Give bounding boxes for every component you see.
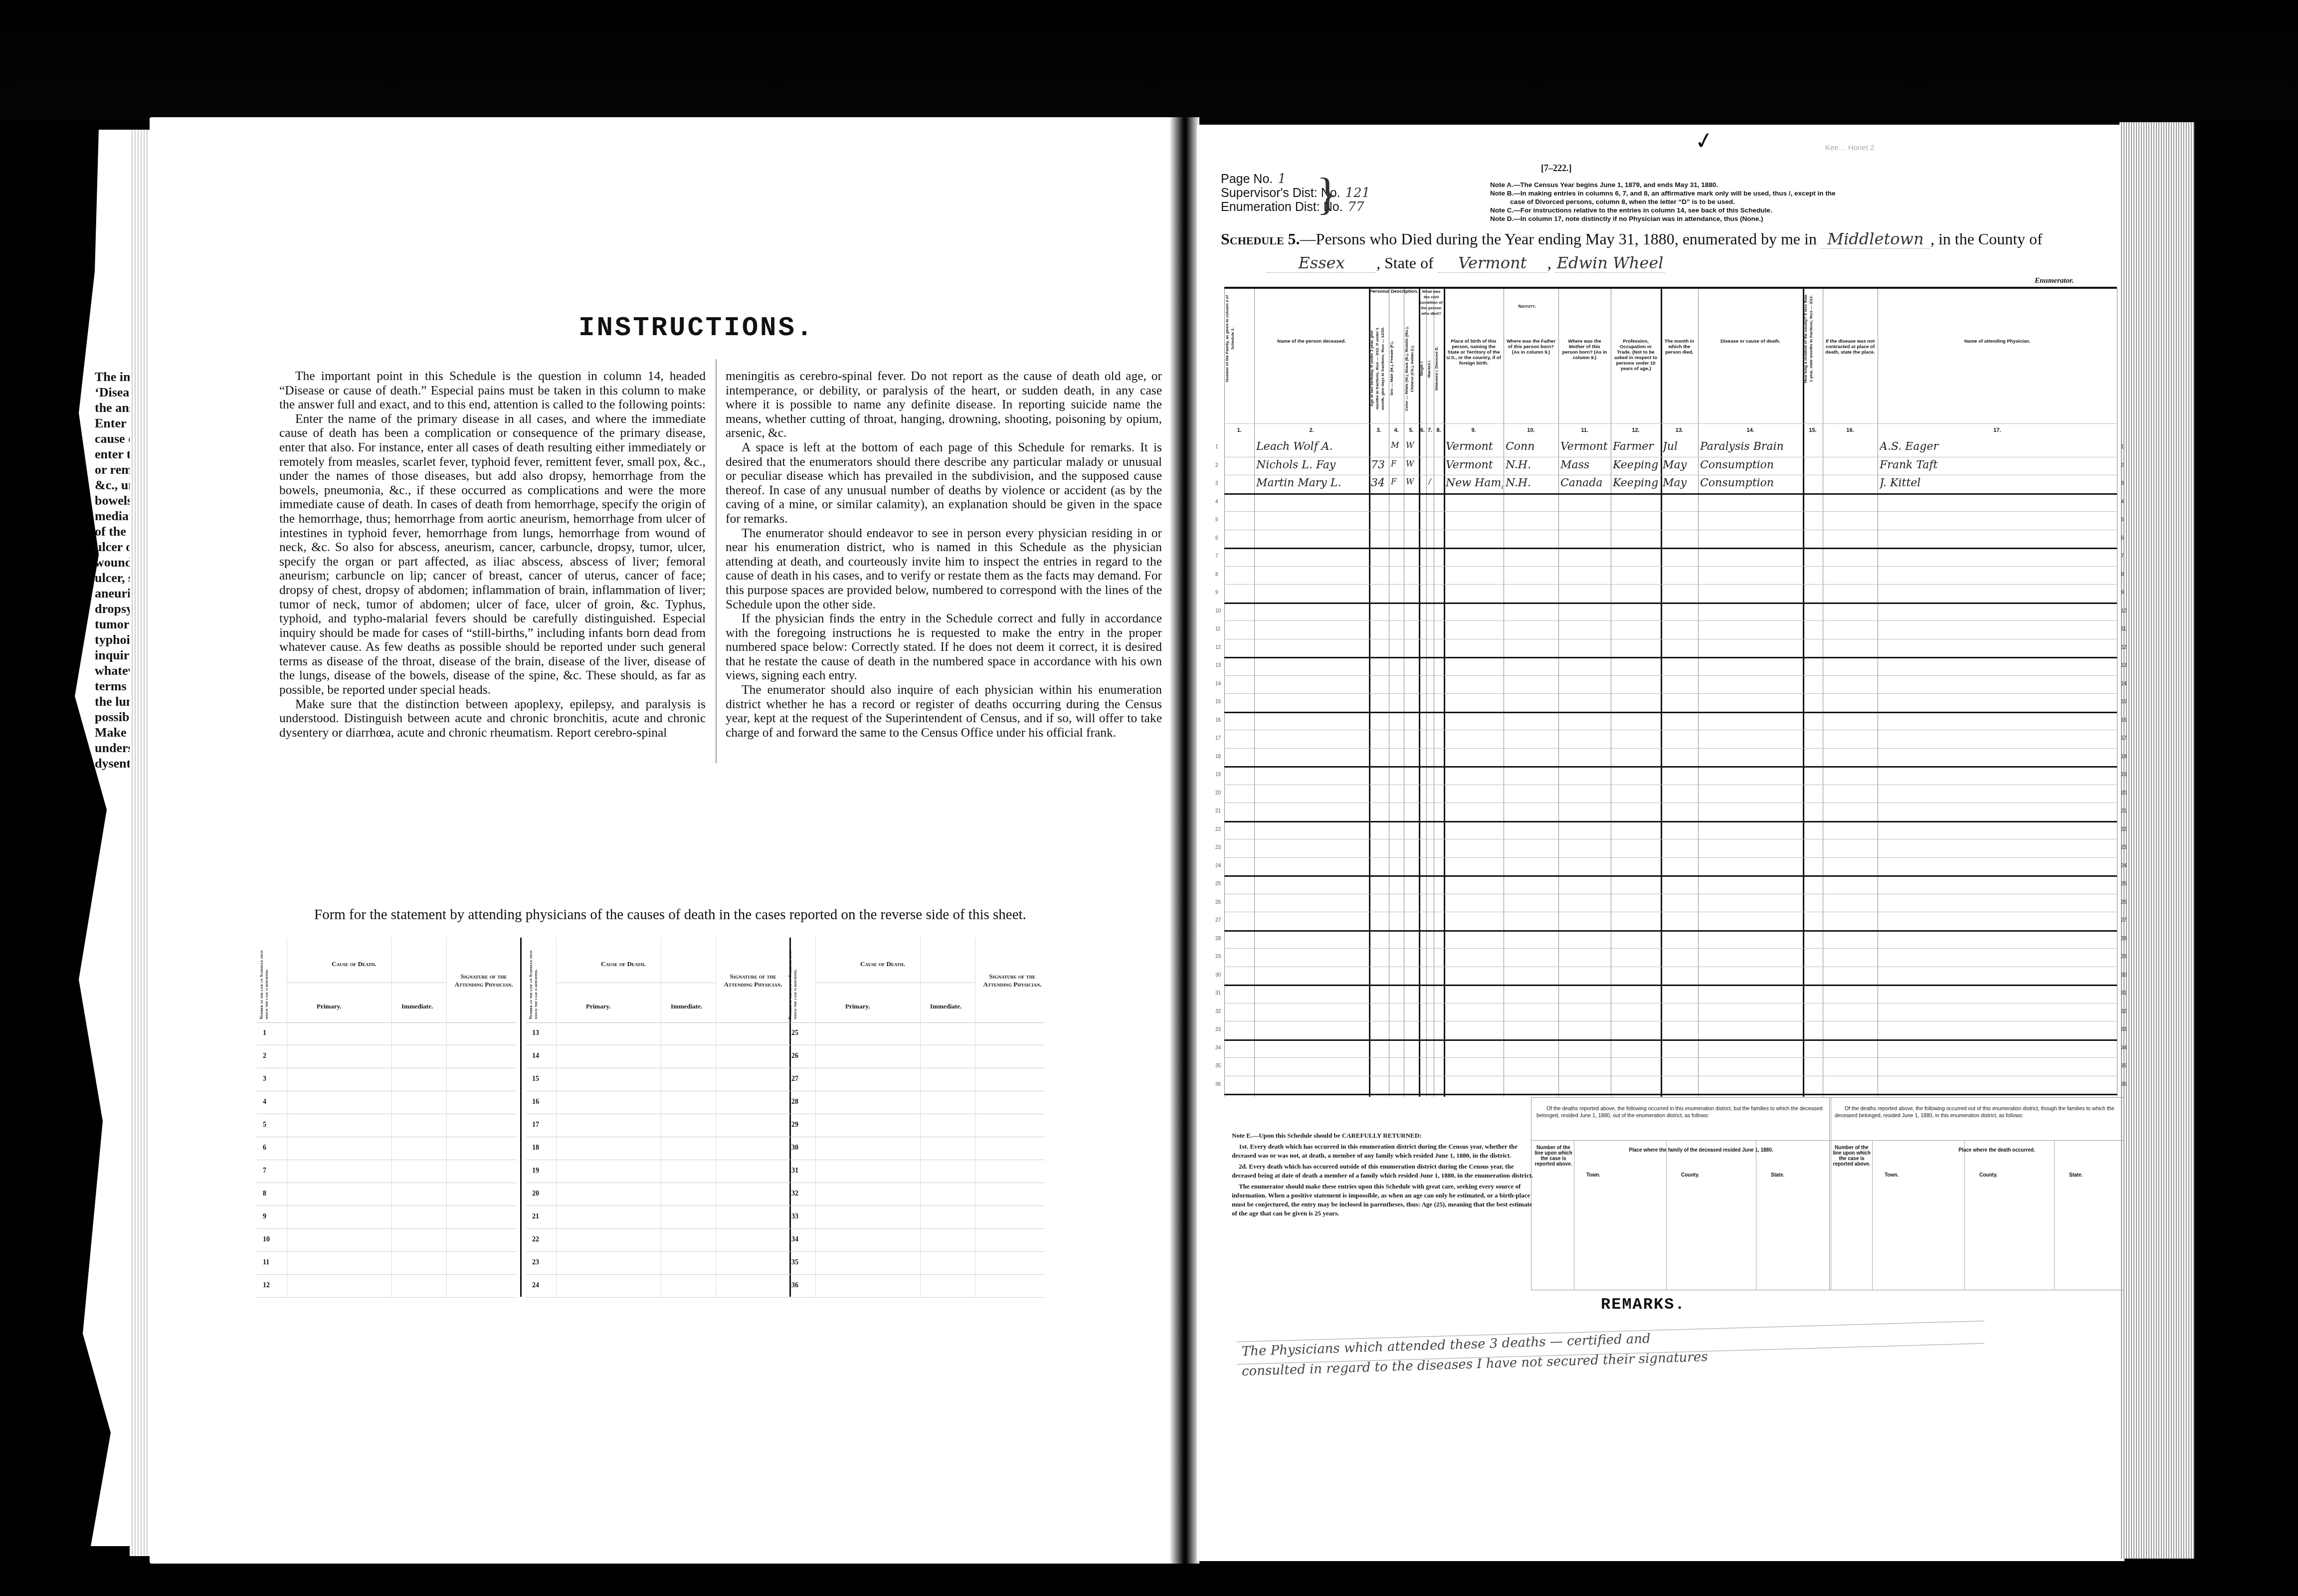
cell-name: Martin Mary L. — [1256, 477, 1368, 489]
cell-occupation: Farmer — [1613, 440, 1660, 453]
row-number-left: 17 — [1215, 736, 1221, 741]
form-row-rule — [257, 1274, 516, 1275]
row-number-right: 29 — [2121, 954, 2126, 960]
row-rule — [1224, 511, 2117, 512]
column-rule — [1444, 289, 1445, 1097]
row-number-left: 30 — [1215, 973, 1221, 978]
row-rule — [1224, 785, 2117, 785]
line-number-header: Number of the line on Schedule upon whic… — [787, 940, 797, 1019]
row-rule — [1224, 857, 2117, 858]
row-number-left: 22 — [1215, 827, 1221, 832]
row-number-right: 14 — [2121, 681, 2126, 687]
column-header-15: How long a resident of the county? If le… — [1803, 294, 1823, 384]
form-line-number: 18 — [532, 1144, 539, 1152]
page-edge-right — [2119, 122, 2194, 1559]
group-header-civil: What was the civil condition of the pers… — [1419, 289, 1444, 319]
county-header: County. — [1681, 1173, 1699, 1178]
row-rule — [1224, 948, 2117, 949]
state-header: State. — [1771, 1173, 1784, 1178]
row-number-right: 22 — [2121, 827, 2126, 832]
row-number-right: 20 — [2121, 791, 2126, 796]
group-header-personal: Personal Description. — [1369, 289, 1419, 304]
row-rule — [1224, 548, 2117, 549]
cell-age: 73 — [1371, 459, 1388, 471]
row-number-right: 7 — [2121, 554, 2124, 559]
row-rule — [1224, 530, 2117, 530]
row-rule — [1224, 1039, 2117, 1041]
deaths-in-district-box: Of the deaths reported above, the follow… — [1531, 1097, 1831, 1290]
physician-form-block: Number of the line on Schedule upon whic… — [257, 938, 516, 1297]
form-line-number: 15 — [532, 1075, 539, 1083]
header-rule — [556, 983, 716, 983]
schedule-title: Schedule 5.—Persons who Died during the … — [1221, 229, 2043, 249]
enumerator-field: Edwin Wheel — [1555, 253, 1665, 273]
column-header-3: Age at last birthday. If under 1 year, g… — [1369, 324, 1389, 413]
form-row-rule — [526, 1205, 785, 1206]
row-number-right: 3 — [2121, 481, 2124, 486]
row-number-right: 35 — [2121, 1063, 2126, 1069]
schedule-number: Schedule 5. — [1221, 230, 1300, 248]
row-number-left: 15 — [1215, 699, 1221, 705]
row-number-right: 17 — [2121, 736, 2126, 741]
form-row-rule — [526, 1274, 785, 1275]
form-line-number: 28 — [791, 1098, 798, 1106]
schedule-notes: Note A.—The Census Year begins June 1, 1… — [1490, 181, 1849, 223]
form-line-number: 20 — [532, 1190, 539, 1198]
column-header-5: Color — White (W.), Black (B.), Mulatto … — [1404, 324, 1419, 413]
signature-header: Signature of the Attending Physician. — [982, 973, 1042, 989]
form-line-number: 30 — [791, 1144, 798, 1152]
form-line-number: 29 — [791, 1121, 798, 1129]
row-rule — [1224, 967, 2117, 967]
row-number-right: 27 — [2121, 918, 2126, 923]
form-row-rule — [785, 1297, 1045, 1298]
column-header-17: Name of attending Physician. — [1878, 339, 2117, 399]
instruction-paragraph: The enumerator should endeavor to see in… — [726, 526, 1162, 612]
form-row-rule — [257, 1183, 516, 1183]
immediate-header: Immediate. — [930, 1002, 961, 1010]
column-rule — [1823, 289, 1823, 1097]
form-line-number: 23 — [532, 1259, 539, 1267]
form-line-number: 4 — [263, 1098, 266, 1106]
row-number-left: 27 — [1215, 918, 1221, 923]
row-rule — [1224, 730, 2117, 730]
column-rule — [287, 938, 287, 1297]
column-number-9: 9. — [1444, 427, 1504, 433]
cell-physician: Frank Taft — [1880, 459, 2116, 471]
stamp-text: Kee… Honet 2 — [1825, 144, 1874, 152]
box-rule — [1830, 1140, 2124, 1141]
row-number-left: 6 — [1215, 536, 1218, 541]
column-rule — [1504, 289, 1504, 1097]
box-rule — [1532, 1140, 1831, 1141]
town-header: Town. — [1586, 1173, 1600, 1178]
column-rule — [2117, 289, 2117, 1097]
column-rule — [920, 938, 921, 1297]
row-number-right: 33 — [2121, 1027, 2126, 1032]
column-header-1: Number of the Family, as given in column… — [1224, 294, 1254, 384]
cause-of-death-header: Cause of Death. — [601, 960, 646, 968]
row-number-left: 24 — [1215, 863, 1221, 869]
book-gutter — [1169, 117, 1199, 1564]
note-e-paragraph: 1st. Every death which has occurred in t… — [1232, 1142, 1538, 1160]
column-number-17: 17. — [1878, 427, 2117, 433]
note-e: Note E.—Upon this Schedule should be CAR… — [1232, 1131, 1538, 1220]
form-row-rule — [785, 1251, 1045, 1252]
column-header-7: Married /. — [1426, 324, 1434, 413]
county-label: , in the County of — [1930, 230, 2043, 248]
page-no-value: 1 — [1278, 172, 1286, 187]
row-rule — [1224, 475, 2117, 475]
instruction-paragraph: Make sure that the distinction between a… — [279, 697, 706, 740]
line-number-header: Number of the line on Schedule upon whic… — [528, 940, 538, 1019]
row-number-left: 10 — [1215, 608, 1221, 614]
row-rule — [1224, 584, 2117, 585]
row-number-right: 6 — [2121, 536, 2124, 541]
form-row-rule — [785, 1205, 1045, 1206]
column-rule — [446, 938, 447, 1297]
row-rule — [1224, 894, 2117, 894]
note-e-paragraph: 2d. Every death which has occurred outsi… — [1232, 1162, 1538, 1180]
row-rule — [1224, 712, 2117, 713]
row-rule — [1224, 1003, 2117, 1003]
row-number-right: 12 — [2121, 645, 2126, 650]
form-row-rule — [785, 1228, 1045, 1229]
immediate-header: Immediate. — [671, 1002, 702, 1010]
row-number-left: 21 — [1215, 808, 1221, 814]
enumeration-value: 77 — [1348, 199, 1364, 214]
row-number-left: 32 — [1215, 1009, 1221, 1014]
form-line-number: 1 — [263, 1029, 266, 1037]
form-row-rule — [785, 1045, 1045, 1045]
form-row-rule — [785, 1160, 1045, 1160]
row-number-left: 28 — [1215, 936, 1221, 942]
form-row-rule — [526, 1160, 785, 1160]
header-rule — [815, 983, 975, 983]
primary-header: Primary. — [586, 1002, 610, 1010]
row-number-right: 1 — [2121, 444, 2124, 450]
line-number-header: Number of the line on Schedule upon whic… — [259, 940, 269, 1019]
instruction-paragraph: If the physician finds the entry in the … — [726, 611, 1162, 683]
instructions-title: INSTRUCTIONS. — [578, 313, 814, 344]
row-number-right: 15 — [2121, 699, 2126, 705]
form-line-number: 10 — [263, 1236, 270, 1244]
column-rule — [1558, 289, 1559, 1097]
place-header: Place where the death occurred. — [1875, 1148, 2119, 1153]
cell-color: W — [1406, 459, 1418, 468]
row-rule — [1224, 657, 2117, 658]
column-number-16: 16. — [1823, 427, 1878, 433]
schedule-location-line: Essex, State of Vermont, Edwin Wheel — [1267, 253, 1665, 273]
schedule-note: Note A.—The Census Year begins June 1, 1… — [1490, 181, 1849, 189]
signature-header: Signature of the Attending Physician. — [454, 973, 514, 989]
column-number-15: 15. — [1803, 427, 1823, 433]
row-number-right: 8 — [2121, 572, 2124, 578]
form-line-number: 36 — [791, 1282, 798, 1290]
group-header-nativity: Nativity. — [1444, 304, 1611, 314]
form-row-rule — [257, 1160, 516, 1160]
form-line-number: 13 — [532, 1029, 539, 1037]
row-rule — [1224, 1057, 2117, 1058]
cell-married: / — [1428, 477, 1433, 486]
box-column-rule — [1574, 1140, 1574, 1290]
district-header: Page No.1 Supervisor's Dist: No.121 Enum… — [1221, 172, 1370, 214]
cell-occupation: Keeping house — [1613, 477, 1660, 489]
county-field: Essex — [1267, 253, 1376, 273]
row-number-right: 16 — [2121, 718, 2126, 723]
row-number-right: 25 — [2121, 881, 2126, 887]
deaths-outside-district-box: Of the deaths reported above, the follow… — [1829, 1097, 2124, 1290]
form-line-number: 7 — [263, 1167, 266, 1175]
place-field: Middletown — [1821, 229, 1930, 249]
column-number-5: 5. — [1404, 427, 1419, 433]
row-number-left: 34 — [1215, 1045, 1221, 1051]
cell-birth: New Hampshire — [1446, 477, 1503, 489]
row-number-left: 23 — [1215, 845, 1221, 850]
box-column-rule — [2054, 1140, 2055, 1290]
column-header-4: Sex — Male (M.), Female (F.). — [1389, 324, 1404, 413]
header-bottom-rule — [1224, 423, 2117, 424]
column-number-1: 1. — [1224, 427, 1254, 433]
row-rule — [1224, 875, 2117, 877]
column-rule — [1803, 289, 1804, 1097]
box-column-rule — [1756, 1140, 1756, 1290]
schedule-note: Note C.—For instructions relative to the… — [1490, 206, 1849, 214]
block-separator — [520, 938, 522, 1297]
row-rule — [1224, 620, 2117, 621]
form-line-number: 25 — [791, 1029, 798, 1037]
box-intro: Of the deaths reported above, the follow… — [1835, 1105, 2119, 1119]
form-line-number: 26 — [791, 1052, 798, 1060]
form-row-rule — [785, 1068, 1045, 1068]
form-row-rule — [785, 1114, 1045, 1114]
row-rule — [1224, 839, 2117, 839]
cell-cause: Consumption — [1700, 459, 1802, 471]
cell-birth: Vermont — [1446, 459, 1503, 471]
physician-form: Number of the line on Schedule upon whic… — [257, 938, 1154, 1297]
row-number-right: 32 — [2121, 1009, 2126, 1014]
row-number-left: 16 — [1215, 718, 1221, 723]
form-row-rule — [257, 1297, 516, 1298]
form-code: [7–222.] — [1541, 163, 1572, 174]
cell-color: W — [1406, 440, 1418, 450]
row-number-left: 35 — [1215, 1063, 1221, 1069]
form-row-rule — [526, 1137, 785, 1137]
column-number-11: 11. — [1558, 427, 1611, 433]
row-number-left: 20 — [1215, 791, 1221, 796]
schedule-note: Note B.—In making entries in columns 6, … — [1490, 189, 1849, 198]
column-rule — [391, 938, 392, 1297]
row-rule — [1224, 602, 2117, 604]
column-rule — [975, 938, 975, 1297]
form-line-number: 17 — [532, 1121, 539, 1129]
row-rule — [1224, 821, 2117, 822]
row-rule — [1224, 930, 2117, 932]
form-line-number: 24 — [532, 1282, 539, 1290]
row-number-right: 9 — [2121, 590, 2124, 596]
column-number-10: 10. — [1504, 427, 1558, 433]
cell-month: May — [1663, 459, 1697, 471]
row-number-right: 4 — [2121, 499, 2124, 505]
cell-physician: J. Kittel — [1880, 477, 2116, 489]
cause-of-death-header: Cause of Death. — [332, 960, 377, 968]
row-number-right: 30 — [2121, 973, 2126, 978]
instruction-paragraph: The important point in this Schedule is … — [279, 369, 706, 412]
row-number-left: 29 — [1215, 954, 1221, 960]
box-column-rule — [1964, 1140, 1965, 1290]
column-header-8: Widowed /, Divorced D. — [1434, 324, 1444, 413]
row-number-right: 2 — [2121, 463, 2124, 468]
cell-occupation: Keeping house — [1613, 459, 1660, 471]
physician-form-block: Number of the line on Schedule upon whic… — [526, 938, 785, 1297]
brace-icon: } — [1317, 172, 1338, 217]
row-rule — [1224, 1021, 2117, 1021]
column-header-14: Disease or cause of death. — [1698, 339, 1803, 399]
row-number-left: 31 — [1215, 991, 1221, 996]
row-number-right: 31 — [2121, 991, 2126, 996]
cell-mother: Canada — [1560, 477, 1610, 489]
row-rule — [1224, 693, 2117, 694]
row-number-left: 19 — [1215, 772, 1221, 778]
row-rule — [1224, 639, 2117, 639]
page-no-label: Page No. — [1221, 172, 1273, 186]
form-line-number: 21 — [532, 1213, 539, 1221]
form-row-rule — [785, 1183, 1045, 1183]
instructions-column-a: The important point in this Schedule is … — [279, 369, 706, 740]
cell-birth: Vermont — [1446, 440, 1503, 453]
cell-sex: F — [1391, 459, 1403, 468]
instruction-paragraph: A space is left at the bottom of each pa… — [726, 440, 1162, 526]
form-row-rule — [526, 1114, 785, 1114]
form-row-rule — [257, 1068, 516, 1068]
column-rule — [1611, 289, 1611, 1097]
row-number-left: 18 — [1215, 754, 1221, 760]
form-row-rule — [785, 1274, 1045, 1275]
form-line-number: 6 — [263, 1144, 266, 1152]
column-header-2: Name of the person deceased. — [1254, 339, 1369, 399]
cell-father: N.H. — [1506, 477, 1557, 489]
cell-father: Conn — [1506, 440, 1557, 453]
form-line-number: 2 — [263, 1052, 266, 1060]
form-line-number: 8 — [263, 1190, 266, 1198]
column-number-8: 8. — [1434, 427, 1444, 433]
row-number-right: 13 — [2121, 663, 2126, 668]
form-line-number: 16 — [532, 1098, 539, 1106]
instructions-column-b: meningitis as cerebro-spinal fever. Do n… — [726, 369, 1162, 740]
form-row-rule — [526, 1228, 785, 1229]
column-header-11: Where was the Mother of this person born… — [1558, 339, 1611, 399]
form-line-number: 19 — [532, 1167, 539, 1175]
mortality-schedule-table: Personal Description.What was the civil … — [1224, 287, 2117, 1097]
scan-background — [0, 0, 2298, 120]
row-rule — [1224, 566, 2117, 567]
primary-header: Primary. — [317, 1002, 341, 1010]
form-line-number: 22 — [532, 1236, 539, 1244]
schedule-note: Note D.—In column 17, note distinctly if… — [1490, 214, 1849, 223]
schedule-title-text: —Persons who Died during the Year ending… — [1300, 230, 1817, 248]
form-row-rule — [257, 1228, 516, 1229]
form-row-rule — [785, 1137, 1045, 1137]
row-number-left: 12 — [1215, 645, 1221, 650]
column-header-12: Profession, Occupation or Trade. (Not to… — [1611, 339, 1661, 399]
column-rule — [716, 938, 716, 1297]
remarks-title: REMARKS. — [1601, 1295, 1686, 1314]
form-row-rule — [257, 1045, 516, 1045]
column-header-13: The month in which the person died. — [1661, 339, 1698, 399]
cell-sex: F — [1391, 477, 1403, 486]
box-column-rule — [1666, 1140, 1667, 1290]
row-rule — [1224, 675, 2117, 676]
column-number-7: 7. — [1426, 427, 1434, 433]
line-number-header: Number of the line upon which the case i… — [1533, 1145, 1573, 1167]
form-line-number: 31 — [791, 1167, 798, 1175]
row-number-left: 36 — [1215, 1082, 1221, 1087]
form-line-number: 3 — [263, 1075, 266, 1083]
row-number-left: 13 — [1215, 663, 1221, 668]
state-field: Vermont — [1438, 253, 1547, 273]
row-rule — [1224, 802, 2117, 803]
form-line-number: 14 — [532, 1052, 539, 1060]
cell-father: N.H. — [1506, 459, 1557, 471]
cell-name: Leach Wolf A. — [1256, 440, 1368, 453]
cell-mother: Mass — [1560, 459, 1610, 471]
row-number-right: 36 — [2121, 1082, 2126, 1087]
supervisor-value: 121 — [1345, 186, 1370, 200]
row-number-right: 11 — [2121, 626, 2126, 632]
row-number-right: 23 — [2121, 845, 2126, 850]
column-number-6: 6. — [1419, 427, 1426, 433]
form-row-rule — [526, 1091, 785, 1091]
cell-cause: Paralysis Brain — [1700, 440, 1802, 453]
town-header: Town. — [1885, 1173, 1899, 1178]
form-row-rule — [526, 1045, 785, 1045]
instruction-paragraph: meningitis as cerebro-spinal fever. Do n… — [726, 369, 1162, 440]
column-rule — [1661, 289, 1662, 1097]
column-rule — [815, 938, 816, 1297]
physician-form-block: Number of the line on Schedule upon whic… — [785, 938, 1045, 1297]
box-column-rule — [1872, 1140, 1873, 1290]
row-rule — [1224, 493, 2117, 495]
form-line-number: 9 — [263, 1213, 266, 1221]
row-number-left: 9 — [1215, 590, 1218, 596]
cell-month: Jul — [1663, 440, 1697, 453]
enumerator-label: Enumerator. — [2035, 277, 2074, 285]
form-line-number: 11 — [263, 1259, 269, 1267]
row-number-left: 4 — [1215, 499, 1218, 505]
form-line-number: 5 — [263, 1121, 266, 1129]
row-number-right: 5 — [2121, 517, 2124, 523]
column-number-14: 14. — [1698, 427, 1803, 433]
column-number-12: 12. — [1611, 427, 1661, 433]
column-rule — [1878, 289, 1878, 1097]
primary-header: Primary. — [845, 1002, 870, 1010]
row-number-right: 26 — [2121, 900, 2126, 905]
form-row-rule — [526, 1297, 785, 1298]
instruction-paragraph: The enumerator should also inquire of ea… — [726, 683, 1162, 740]
cell-color: W — [1406, 477, 1418, 486]
row-number-right: 18 — [2121, 754, 2126, 760]
form-row-rule — [257, 1137, 516, 1137]
form-row-rule — [257, 1114, 516, 1114]
line-number-header: Number of the line upon which the case i… — [1832, 1145, 1872, 1167]
row-rule — [1224, 1094, 2117, 1095]
column-number-4: 4. — [1389, 427, 1404, 433]
form-line-number: 32 — [791, 1190, 798, 1198]
column-number-2: 2. — [1254, 427, 1369, 433]
row-number-left: 8 — [1215, 572, 1218, 578]
place-header: Place where the family of the deceased r… — [1576, 1148, 1826, 1153]
note-e-paragraph: The enumerator should make these entries… — [1232, 1182, 1538, 1218]
